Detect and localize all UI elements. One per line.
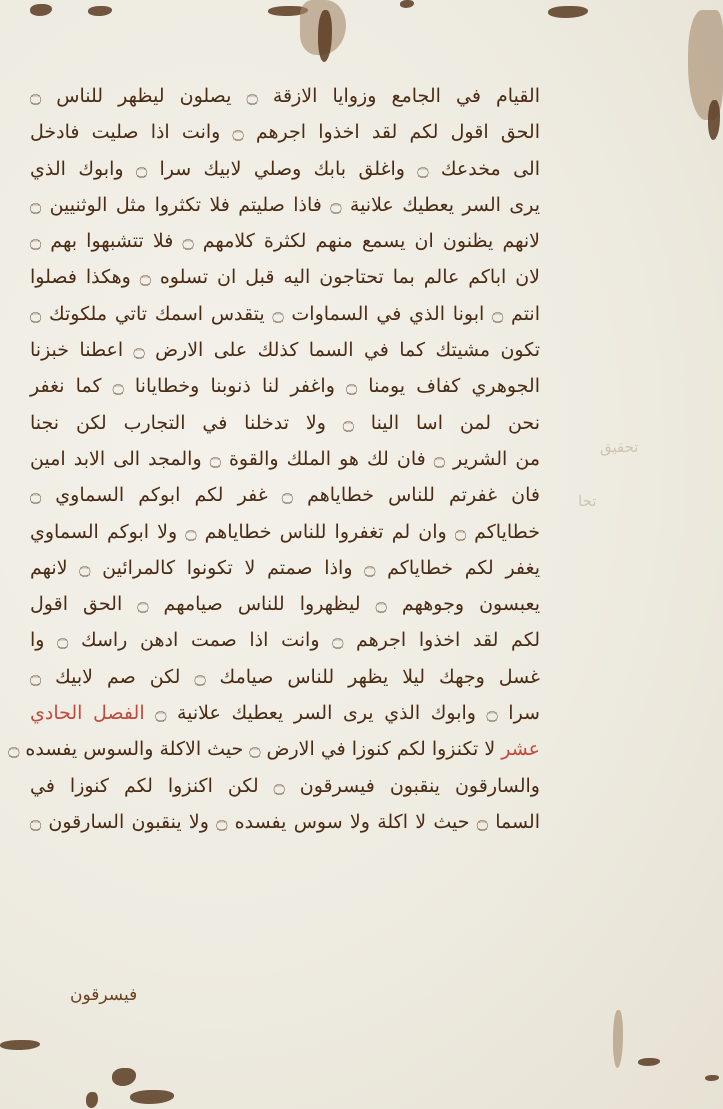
text-line: خطاياكم ۝ وان لم تغفروا للناس خطاياهم ۝ … bbox=[30, 514, 540, 550]
ink-stain bbox=[30, 4, 52, 16]
ink-stain bbox=[548, 6, 588, 18]
text-line: والسارقون ينقبون فيسرقون ۝ لكن اكنزوا لك… bbox=[30, 768, 540, 804]
margin-note: تحقيق bbox=[600, 438, 638, 456]
text-line: غسل وجهك ليلا يظهر للناس صيامك ۝ لكن صم … bbox=[30, 659, 540, 695]
manuscript-text: القيام في الجامع وزوايا الازقة ۝ يصلون ل… bbox=[30, 78, 540, 840]
ink-stain bbox=[705, 1075, 719, 1081]
ink-stain bbox=[318, 10, 332, 62]
chapter-heading-rubric: عشر bbox=[501, 738, 540, 760]
text-line: يرى السر يعطيك علانية ۝ فاذا صليتم فلا ت… bbox=[30, 187, 540, 223]
text-line: الى مخدعك ۝ واغلق بابك وصلي لابيك سرا ۝ … bbox=[30, 151, 540, 187]
text-line: يعبسون وجوههم ۝ ليظهروا للناس صيامهم ۝ ا… bbox=[30, 586, 540, 622]
text-line: القيام في الجامع وزوايا الازقة ۝ يصلون ل… bbox=[30, 78, 540, 114]
ink-stain bbox=[400, 0, 414, 8]
catchword: فيسرقون bbox=[70, 985, 137, 1005]
text-line: تكون مشيتك كما في السما كذلك على الارض ۝… bbox=[30, 332, 540, 368]
text-line: من الشرير ۝ فان لك هو الملك والقوة ۝ وال… bbox=[30, 441, 540, 477]
text-line: سرا ۝ وابوك الذي يرى السر يعطيك علانية ۝… bbox=[30, 695, 540, 731]
ink-stain bbox=[708, 100, 720, 140]
manuscript-page: القيام في الجامع وزوايا الازقة ۝ يصلون ل… bbox=[0, 0, 723, 1109]
ink-stain bbox=[0, 1040, 40, 1050]
text-line: نحن لمن اسا الينا ۝ ولا تدخلنا في التجار… bbox=[30, 405, 540, 441]
ink-stain bbox=[112, 1068, 136, 1086]
ink-stain bbox=[130, 1090, 174, 1104]
text-line: الجوهري كفاف يومنا ۝ واغفر لنا ذنوبنا وخ… bbox=[30, 368, 540, 404]
chapter-heading-rubric: الفصل الحادي bbox=[30, 702, 145, 724]
text-line: يغفر لكم خطاياكم ۝ واذا صمتم لا تكونوا ك… bbox=[30, 550, 540, 586]
text-line: انتم ۝ ابونا الذي في السماوات ۝ يتقدس اس… bbox=[30, 296, 540, 332]
text-line: فان غفرتم للناس خطاياهم ۝ غفر لكم ابوكم … bbox=[30, 477, 540, 513]
text-line: لان اباكم عالم بما تحتاجون اليه قبل ان ت… bbox=[30, 259, 540, 295]
text-line: السما ۝ حيث لا اكلة ولا سوس يفسده ۝ ولا … bbox=[30, 804, 540, 840]
ink-stain bbox=[88, 6, 112, 16]
margin-note: تحا bbox=[578, 492, 596, 510]
ink-stain bbox=[638, 1058, 660, 1066]
text-line: لكم لقد اخذوا اجرهم ۝ وانت اذا صمت ادهن … bbox=[30, 622, 540, 658]
ink-stain bbox=[86, 1092, 98, 1108]
ink-stain bbox=[613, 1010, 623, 1068]
text-line: عشر لا تكنزوا لكم كنوزا في الارض ۝ حيث ا… bbox=[30, 731, 540, 767]
text-line: الحق اقول لكم لقد اخذوا اجرهم ۝ وانت اذا… bbox=[30, 114, 540, 150]
text-line: لانهم يظنون ان يسمع منهم لكثرة كلامهم ۝ … bbox=[30, 223, 540, 259]
